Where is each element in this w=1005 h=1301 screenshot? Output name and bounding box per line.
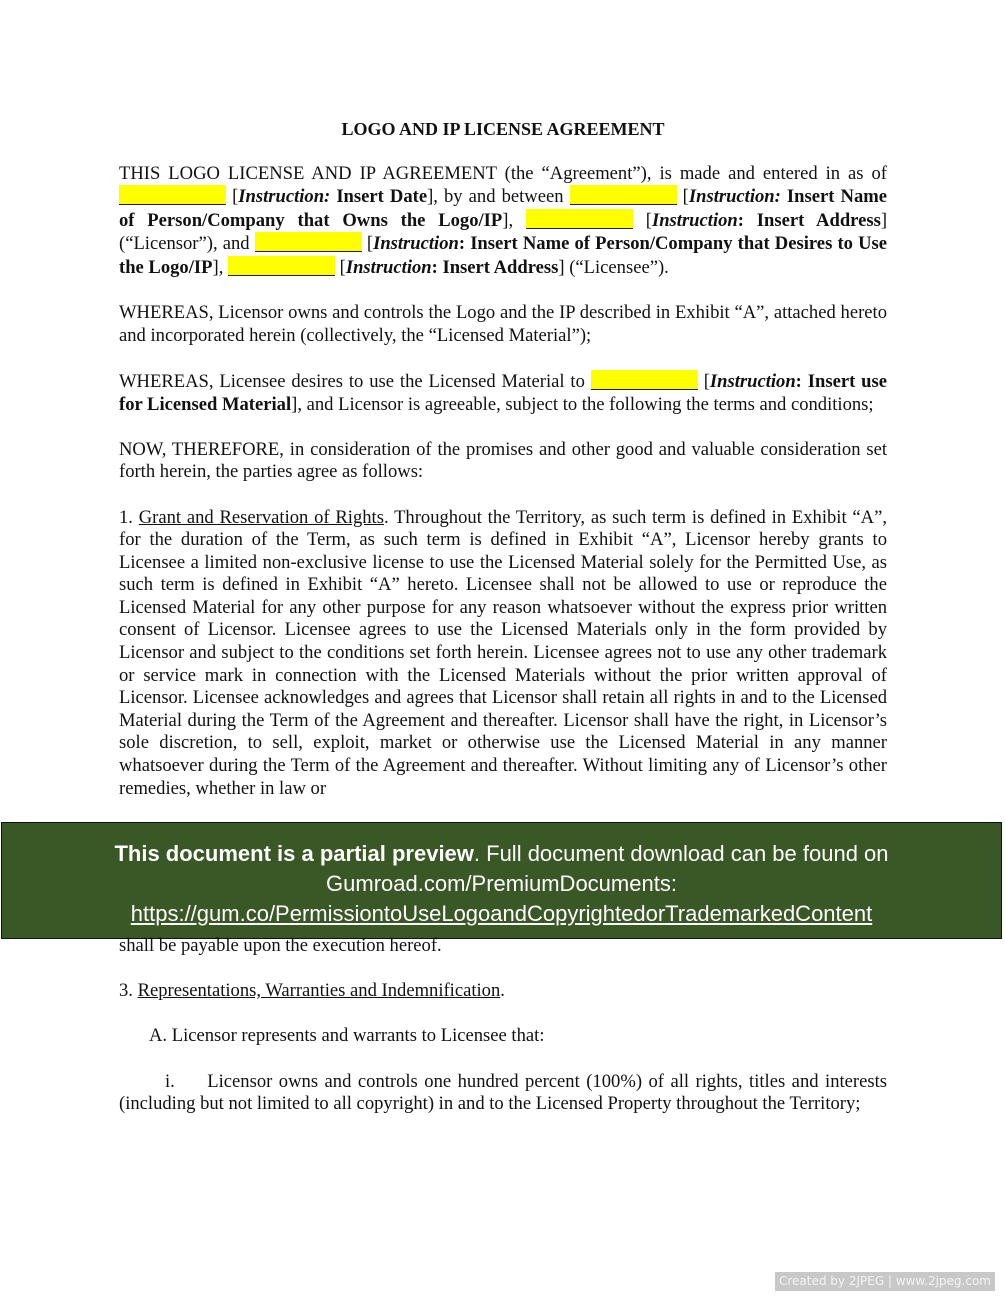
now-therefore-paragraph: NOW, THEREFORE, in consideration of the … <box>119 439 887 484</box>
section-3a-i-paragraph: i. Licensor owns and controls one hundre… <box>119 1071 887 1116</box>
section-3-heading: Representations, Warranties and Indemnif… <box>138 980 501 1001</box>
section-3a-line: A. Licensor represents and warrants to L… <box>119 1025 887 1048</box>
document-continuation: shall be payable upon the execution here… <box>119 935 887 1138</box>
whereas-licensee-paragraph: WHEREAS, Licensee desires to use the Lic… <box>119 370 887 416</box>
intro-paragraph: THIS LOGO LICENSE AND IP AGREEMENT (the … <box>119 163 887 280</box>
licensee-name-blank-field[interactable] <box>255 232 362 252</box>
payable-line: shall be payable upon the execution here… <box>119 935 887 958</box>
watermark-label: Created by 2JPEG | www.2jpeg.com <box>775 1272 995 1291</box>
section-1-paragraph: 1. Grant and Reservation of Rights. Thro… <box>119 507 887 801</box>
use-blank-field[interactable] <box>591 370 698 390</box>
licensor-address-blank-field[interactable] <box>526 209 633 229</box>
section-3-heading-line: 3. Representations, Warranties and Indem… <box>119 980 887 1003</box>
document-page: LOGO AND IP LICENSE AGREEMENT THIS LOGO … <box>119 118 887 823</box>
date-blank-field[interactable] <box>119 185 226 205</box>
section-1-heading: Grant and Reservation of Rights <box>139 507 384 528</box>
banner-line-1: This document is a partial preview. Full… <box>2 839 1001 869</box>
partial-preview-banner: This document is a partial preview. Full… <box>1 822 1002 939</box>
licensee-address-blank-field[interactable] <box>228 256 335 276</box>
document-title: LOGO AND IP LICENSE AGREEMENT <box>119 118 887 141</box>
download-link[interactable]: https://gum.co/PermissiontoUseLogoandCop… <box>131 901 872 926</box>
licensor-name-blank-field[interactable] <box>570 185 677 205</box>
whereas-licensor-paragraph: WHEREAS, Licensor owns and controls the … <box>119 302 887 347</box>
banner-line-2: Gumroad.com/PremiumDocuments: <box>2 869 1001 899</box>
